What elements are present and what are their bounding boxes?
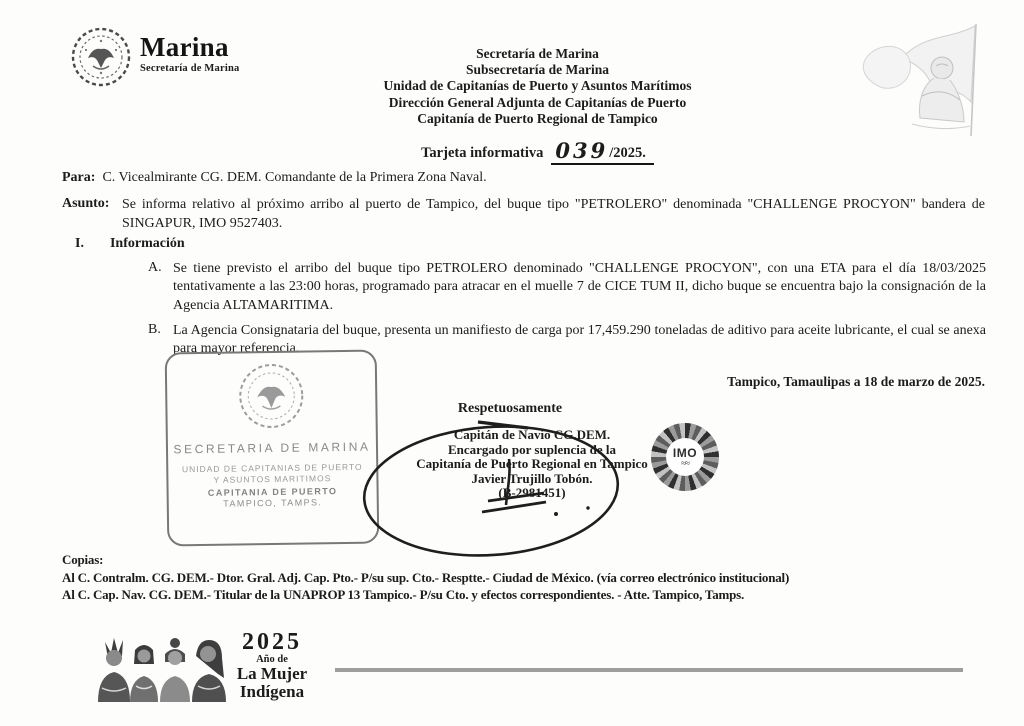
imo-seal-center: IMO ≈≈ <box>666 438 704 476</box>
subject-line: Asunto: Se informa relativo al próximo a… <box>62 196 985 233</box>
section-numeral: I. <box>75 236 84 251</box>
indigenous-women-illustration <box>92 628 232 706</box>
copies-line: Al C. Contralm. CG. DEM.- Dtor. Gral. Ad… <box>62 569 789 587</box>
stamp-line: SECRETARIA DE MARINA <box>168 440 376 457</box>
letterhead-line: Secretaría de Marina <box>50 46 1024 62</box>
addressee-label: Para: <box>62 170 95 185</box>
item-text: Se tiene previsto el arribo del buque ti… <box>173 260 986 315</box>
imo-waves-icon: ≈≈ <box>681 460 689 467</box>
copies-line: Al C. Cap. Nav. CG. DEM.- Titular de la … <box>62 586 789 604</box>
copies-label: Copias: <box>62 551 789 569</box>
footer-divider <box>335 668 963 672</box>
letterhead-line: Capitanía de Puerto Regional de Tampico <box>50 111 1024 127</box>
document-number-year: /2025. <box>609 145 646 161</box>
letterhead-line: Subsecretaría de Marina <box>50 62 1024 78</box>
stamp-line: Y ASUNTOS MARITIMOS <box>168 473 376 486</box>
letterhead-line: Unidad de Capitanías de Puerto y Asuntos… <box>50 78 1024 94</box>
letterhead-block: Secretaría de Marina Subsecretaría de Ma… <box>50 46 1024 127</box>
document-title: Tarjeta informativa039/2025. <box>50 137 1024 165</box>
stamp-line: TAMPICO, TAMPS. <box>169 497 377 510</box>
stamp-eagle-seal-icon <box>236 361 307 432</box>
item-letter: B. <box>148 322 173 359</box>
handwritten-folio-number: 039 <box>555 138 608 163</box>
list-item-a: A. Se tiene previsto el arribo del buque… <box>148 260 986 315</box>
section-title: Información <box>110 236 185 251</box>
subject-label: Asunto: <box>62 196 122 233</box>
addressee-text: C. Vicealmirante CG. DEM. Comandante de … <box>102 170 486 185</box>
copies-block: Copias: Al C. Contralm. CG. DEM.- Dtor. … <box>62 551 789 604</box>
subject-text: Se informa relativo al próximo arribo al… <box>122 196 985 233</box>
port-captaincy-stamp: SECRETARIA DE MARINA UNIDAD DE CAPITANIA… <box>165 350 380 547</box>
footer-year: 2025 <box>222 630 322 654</box>
document-title-prefix: Tarjeta informativa <box>421 145 543 161</box>
item-letter: A. <box>148 260 173 315</box>
footer-caption: La Mujer <box>222 665 322 683</box>
imo-seal: IMO ≈≈ <box>651 423 719 491</box>
handwritten-signature-oval <box>358 413 630 568</box>
letterhead-line: Dirección General Adjunta de Capitanías … <box>50 95 1024 111</box>
addressee-line: Para:C. Vicealmirante CG. DEM. Comandant… <box>62 170 487 186</box>
section-heading: I.Información <box>75 236 185 252</box>
footer-caption: Indígena <box>222 683 322 701</box>
footer-year-emblem: 2025 Año de La Mujer Indígena <box>222 630 322 702</box>
dateline: Tampico, Tamaulipas a 18 de marzo de 202… <box>727 374 985 390</box>
document-number: 039/2025. <box>551 137 654 165</box>
